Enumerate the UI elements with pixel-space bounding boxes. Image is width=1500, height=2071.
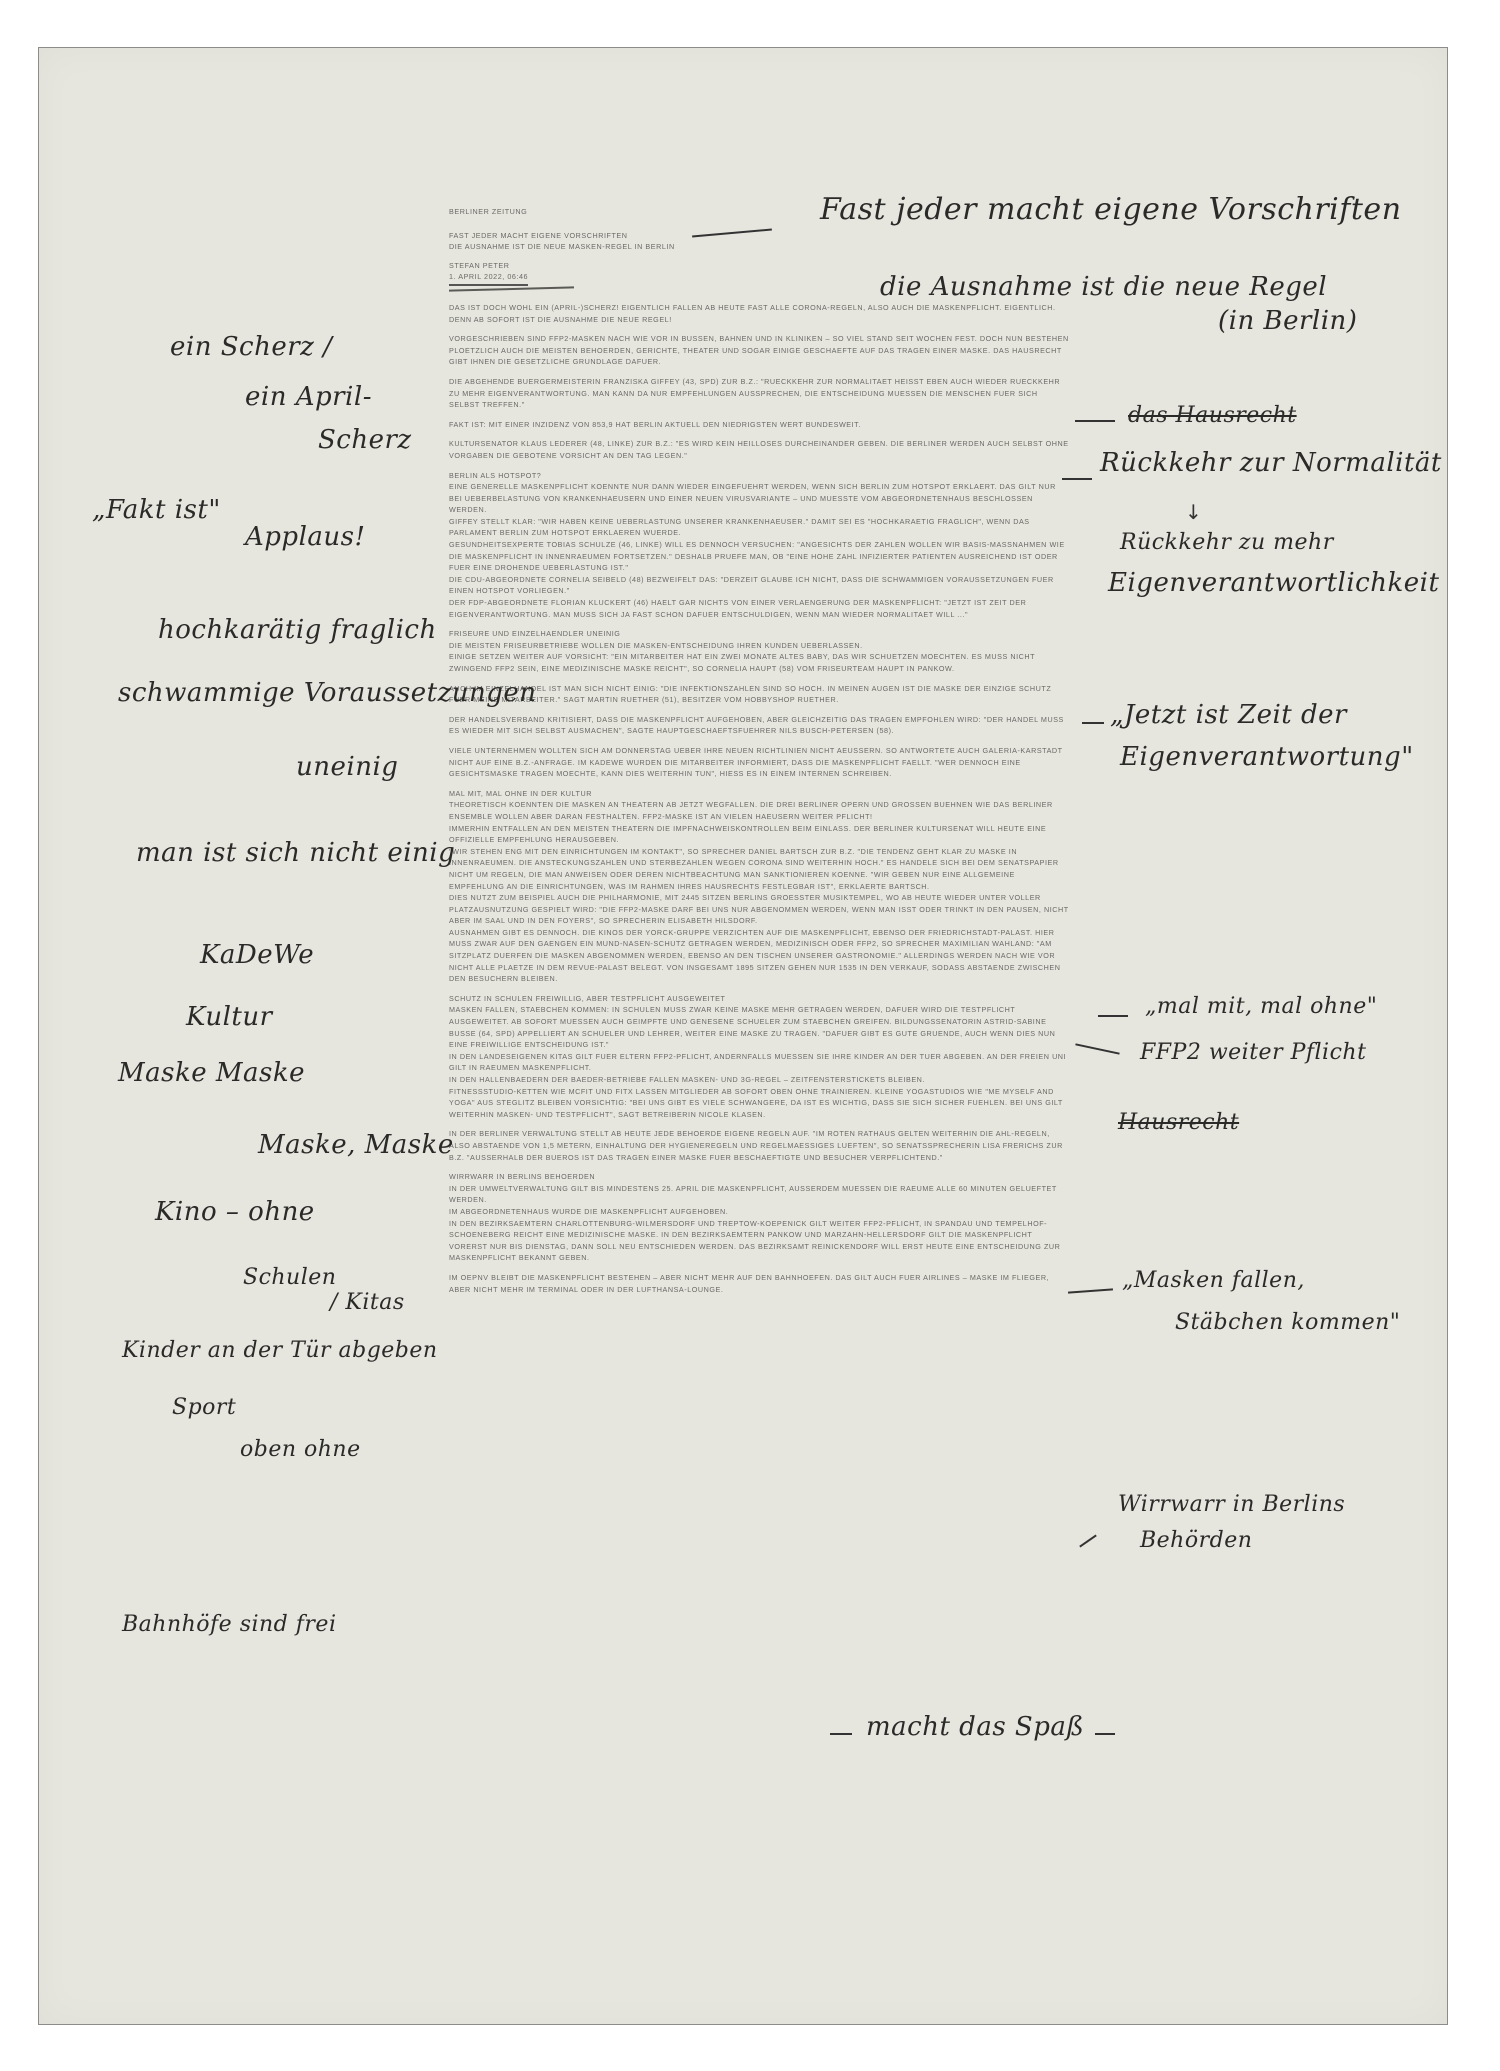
paragraph: In den landeseigenen Kitas gilt fuer Elt…	[449, 1051, 1069, 1074]
note-eigenverantwortlichkeit-2: Eigenverantwortlichkeit	[1108, 568, 1439, 598]
note-kinder: Kinder an der Tür abgeben	[122, 1338, 438, 1363]
connector-line	[1098, 1015, 1128, 1017]
section-title-hotspot: Berlin als Hotspot?	[449, 470, 1069, 482]
paragraph: Die CDU-Abgeordnete Cornelia Seibeld (48…	[449, 574, 1069, 597]
note-hausrecht-2: Hausrecht	[1118, 1110, 1239, 1135]
note-headline: Fast jeder macht eigene Vorschriften	[820, 192, 1402, 227]
note-maske-maske: Maske Maske	[118, 1058, 305, 1088]
author: Stefan Peter	[449, 260, 1069, 272]
note-kadewe: KaDeWe	[200, 940, 314, 970]
paragraph: "Wir stehen eng mit den Einrichtungen im…	[449, 846, 1069, 892]
section-title-wirrwarr: Wirrwarr in Berlins Behoerden	[449, 1171, 1069, 1183]
paragraph: Masken fallen, Staebchen kommen: In Schu…	[449, 1004, 1069, 1050]
subheadline: Die Ausnahme ist die neue Masken-Regel i…	[449, 241, 1069, 253]
note-schulen: Schulen	[243, 1265, 336, 1290]
connector-line	[830, 1733, 852, 1735]
paragraph: Kultursenator Klaus Lederer (48, Linke) …	[449, 438, 1069, 461]
connector-line	[1075, 420, 1115, 422]
paragraph: Gesundheitsexperte Tobias Schulze (46, L…	[449, 539, 1069, 574]
paragraph: In der Umweltverwaltung gilt bis mindest…	[449, 1183, 1069, 1206]
paragraph: Ausnahmen gibt es dennoch. Die Kinos der…	[449, 927, 1069, 985]
paragraph: In den Hallenbaedern der Baeder-Betriebe…	[449, 1074, 1069, 1086]
publish-date: 1. April 2022, 06:46	[449, 271, 528, 286]
note-nicht-einig: man ist sich nicht einig	[136, 838, 455, 868]
note-mal-mit-mal-ohne: „mal mit, mal ohne"	[1145, 994, 1377, 1019]
paragraph: Dies nutzt zum Beispiel auch die Philhar…	[449, 892, 1069, 927]
note-uneinig: uneinig	[296, 752, 398, 782]
note-kultur: Kultur	[186, 1002, 273, 1032]
article-column: Berliner Zeitung Fast jeder macht eigene…	[449, 206, 1069, 1303]
note-wirrwarr-1: Wirrwarr in Berlins	[1118, 1492, 1345, 1517]
note-zeit-1: „Jetzt ist Zeit der	[1110, 700, 1347, 730]
connector-line	[1062, 478, 1092, 480]
note-masken-fallen-2: Stäbchen kommen"	[1175, 1310, 1400, 1335]
paragraph: Theoretisch koennten die Masken an Theat…	[449, 799, 1069, 822]
note-hausrecht: das Hausrecht	[1128, 403, 1297, 428]
note-bottom: macht das Spaß	[866, 1712, 1084, 1742]
connector-line	[1095, 1733, 1115, 1735]
note-scherz-2: ein April-	[245, 382, 372, 412]
note-masken-fallen-1: „Masken fallen,	[1122, 1268, 1305, 1293]
arrow-down-icon: ↓	[1185, 500, 1202, 524]
paragraph: Im OEPNV bleibt die Maskenpflicht besteh…	[449, 1272, 1069, 1295]
note-eigenverantwortlichkeit-1: Rückkehr zu mehr	[1120, 530, 1334, 555]
paragraph: In den Bezirksaemtern Charlottenburg-Wil…	[449, 1218, 1069, 1264]
note-scherz-1: ein Scherz /	[170, 332, 332, 362]
paragraph: Das ist doch wohl ein (April-)Scherz! Ei…	[449, 302, 1069, 325]
note-kino-ohne: Kino – ohne	[155, 1197, 315, 1227]
note-wirrwarr-2: Behörden	[1140, 1528, 1252, 1553]
paragraph: Fakt ist: Mit einer Inzidenz von 853,9 h…	[449, 419, 1069, 431]
paragraph: In der Berliner Verwaltung stellt ab heu…	[449, 1128, 1069, 1163]
note-sport: Sport	[172, 1395, 236, 1420]
note-normalitaet: Rückkehr zur Normalität	[1100, 448, 1442, 478]
paragraph: Vorgeschrieben sind FFP2-Masken nach wie…	[449, 333, 1069, 368]
paragraph: Einige setzen weiter auf Vorsicht: "Ein …	[449, 651, 1069, 674]
note-maske-komma-maske: Maske, Maske	[258, 1130, 454, 1160]
note-bahnhoefe: Bahnhöfe sind frei	[122, 1612, 336, 1637]
note-ffp2: FFP2 weiter Pflicht	[1140, 1040, 1366, 1065]
connector-line	[1082, 722, 1104, 724]
note-zeit-2: Eigenverantwortung"	[1120, 742, 1414, 772]
note-subheadline-city: (in Berlin)	[1218, 306, 1357, 336]
note-hochkaraetig: hochkarätig fraglich	[158, 615, 437, 645]
paragraph: Im Abgeordnetenhaus wurde die Maskenpfli…	[449, 1206, 1069, 1218]
paragraph: Auch im Einzelhandel ist man sich nicht …	[449, 683, 1069, 706]
paragraph: Viele Unternehmen wollten sich am Donner…	[449, 745, 1069, 780]
paragraph: Die meisten Friseurbetriebe wollen die M…	[449, 640, 1069, 652]
section-title-schulen: Schutz in Schulen freiwillig, aber Testp…	[449, 993, 1069, 1005]
paragraph: Giffey stellt klar: "Wir haben keine Ueb…	[449, 516, 1069, 539]
note-kitas: / Kitas	[330, 1290, 405, 1315]
note-subheadline: die Ausnahme ist die neue Regel	[880, 272, 1327, 302]
note-applaus: Applaus!	[245, 522, 365, 552]
section-title-kultur: Mal mit, mal ohne in der Kultur	[449, 788, 1069, 800]
note-fakt-ist: „Fakt ist"	[92, 495, 221, 525]
paragraph: Fitnessstudio-Ketten wie McFit und Fitx …	[449, 1086, 1069, 1121]
note-scherz-3: Scherz	[318, 425, 412, 455]
note-oben-ohne: oben ohne	[240, 1437, 361, 1462]
paragraph: Der FDP-Abgeordnete Florian Kluckert (46…	[449, 597, 1069, 620]
section-title-friseure: Friseure und Einzelhaendler uneinig	[449, 628, 1069, 640]
note-schwammig: schwammige Voraussetzungen	[118, 678, 537, 708]
paragraph: Immerhin entfallen an den meisten Theate…	[449, 823, 1069, 846]
paragraph: Die abgehende Buergermeisterin Franziska…	[449, 376, 1069, 411]
paragraph: Eine generelle Maskenpflicht koennte nur…	[449, 481, 1069, 516]
paragraph: Der Handelsverband kritisiert, dass die …	[449, 714, 1069, 737]
